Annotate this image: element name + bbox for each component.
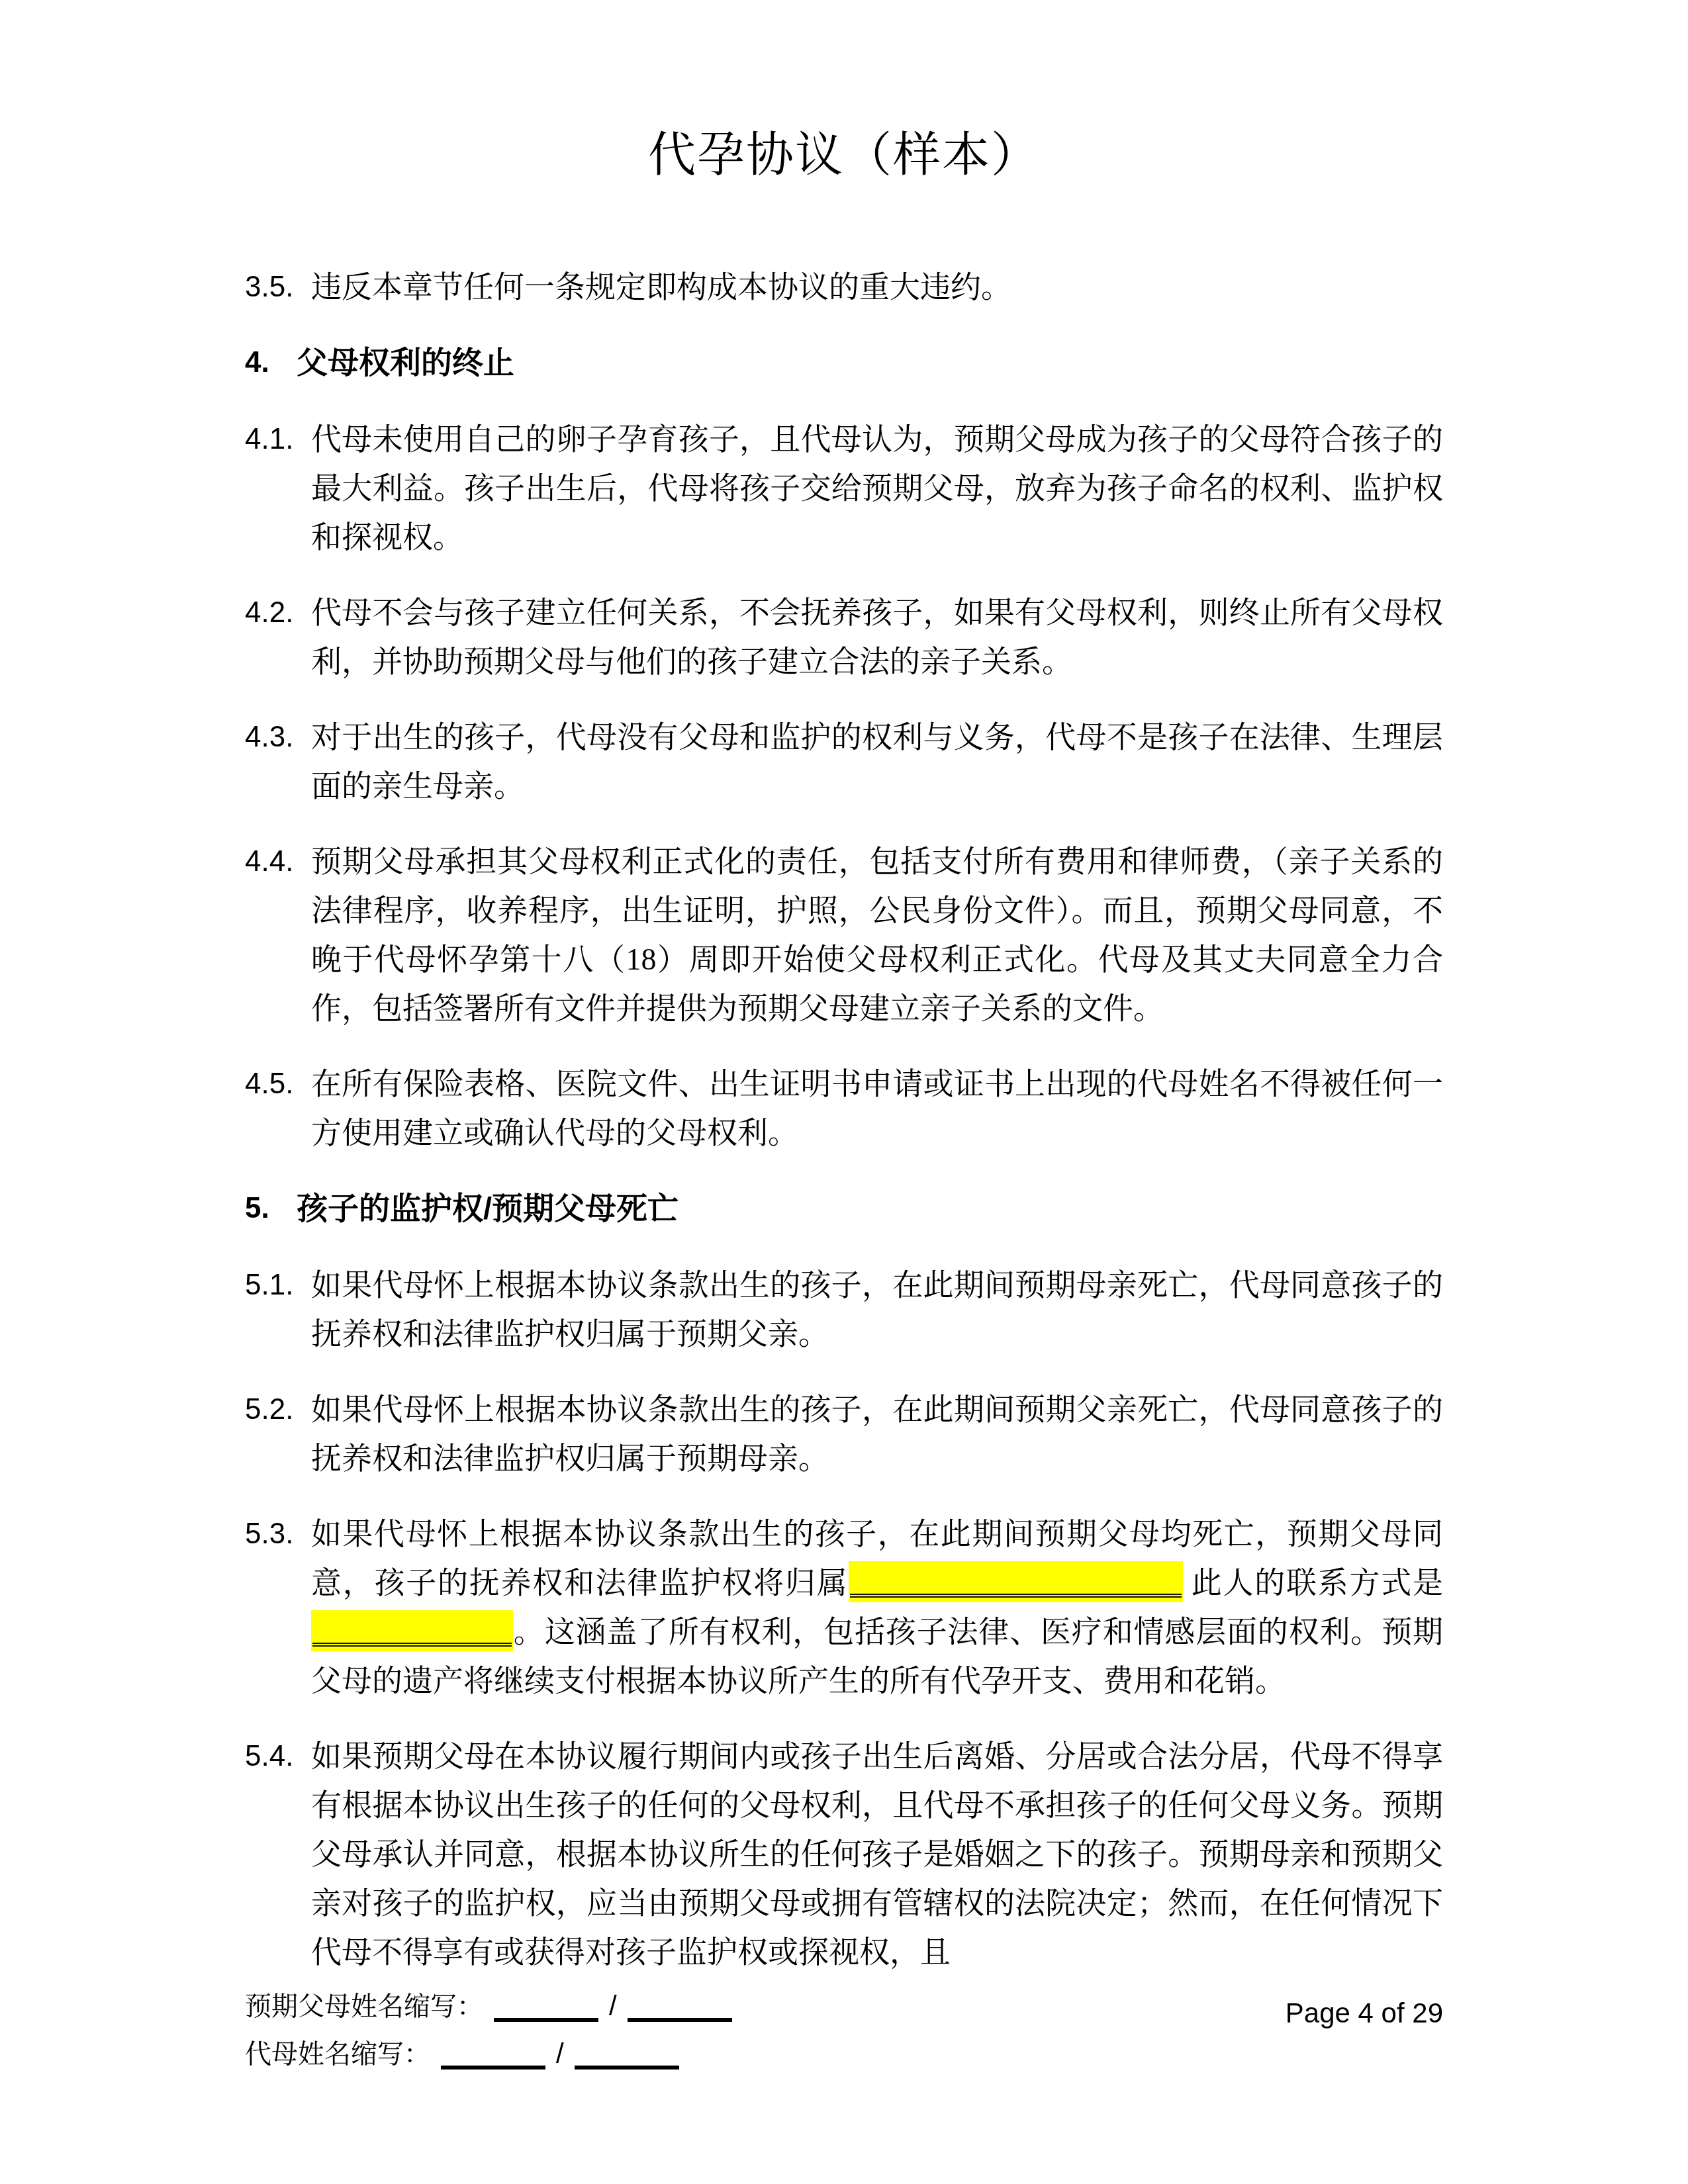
clause-5-3: 5.3. 如果代母怀上根据本协议条款出生的孩子，在此期间预期父母均死亡，预期父母… [245, 1510, 1443, 1706]
clause-text: 代母未使用自己的卵子孕育孩子，且代母认为，预期父母成为孩子的父母符合孩子的最大利… [311, 422, 1443, 554]
surrogate-initials-label: 代母姓名缩写： [245, 2039, 430, 2069]
clause-number: 4.4. [245, 837, 293, 886]
blank-underline [850, 1594, 1182, 1598]
clause-number: 5.2. [245, 1385, 293, 1434]
initials-separator: / [556, 2038, 564, 2069]
page-footer: 预期父母姓名缩写： / 代母姓名缩写： / Page 4 of 29 [245, 1985, 1443, 2081]
surrogate-initials-line: 代母姓名缩写： / [245, 2033, 1443, 2081]
section-heading-5: 5. 孩子的监护权/预期父母死亡 [245, 1184, 1443, 1233]
clause-number: 5.1. [245, 1261, 293, 1310]
intended-parents-initials-line: 预期父母姓名缩写： / [245, 1985, 1443, 2033]
document-page: 代孕协议（样本） 3.5. 违反本章节任何一条规定即构成本协议的重大违约。 4.… [0, 0, 1688, 2184]
clause-5-4: 5.4. 如果预期父母在本协议履行期间内或孩子出生后离婚、分居或合法分居，代母不… [245, 1732, 1443, 1977]
clause-text: 如果预期父母在本协议履行期间内或孩子出生后离婚、分居或合法分居，代母不得享有根据… [311, 1739, 1443, 1969]
clause-text: 在所有保险表格、医院文件、出生证明书申请或证书上出现的代母姓名不得被任何一方使用… [311, 1067, 1443, 1150]
clause-4-5: 4.5. 在所有保险表格、医院文件、出生证明书申请或证书上出现的代母姓名不得被任… [245, 1060, 1443, 1158]
page-number: Page 4 of 29 [1286, 1997, 1443, 2029]
section-number: 4. [245, 338, 269, 387]
clause-number: 4.1. [245, 415, 293, 464]
section-number: 5. [245, 1184, 269, 1233]
clause-number: 4.2. [245, 588, 293, 637]
highlighted-guardian-name-blank[interactable] [849, 1561, 1183, 1602]
clause-text: 预期父母承担其父母权利正式化的责任，包括支付所有费用和律师费，（亲子关系的法律程… [311, 844, 1443, 1025]
clause-number: 5.3. [245, 1510, 293, 1559]
clause-text-between-blanks: 此人的联系方式是 [1183, 1566, 1443, 1600]
section-heading-4: 4. 父母权利的终止 [245, 338, 1443, 387]
clause-text: 违反本章节任何一条规定即构成本协议的重大违约。 [311, 270, 1011, 304]
section-title: 孩子的监护权/预期父母死亡 [297, 1191, 679, 1226]
clause-text: 对于出生的孩子，代母没有父母和监护的权利与义务，代母不是孩子在法律、生理层面的亲… [311, 720, 1443, 803]
clause-number: 4.5. [245, 1060, 293, 1109]
surrogate-initials-blank-1[interactable] [441, 2039, 545, 2070]
clause-4-1: 4.1. 代母未使用自己的卵子孕育孩子，且代母认为，预期父母成为孩子的父母符合孩… [245, 415, 1443, 562]
clause-text: 如果代母怀上根据本协议条款出生的孩子，在此期间预期父亲死亡，代母同意孩子的抚养权… [311, 1392, 1443, 1475]
clause-text: 代母不会与孩子建立任何关系，不会抚养孩子，如果有父母权利，则终止所有父母权利，并… [311, 596, 1443, 678]
clause-number: 5.4. [245, 1732, 293, 1781]
highlighted-contact-info-blank[interactable] [311, 1610, 513, 1651]
initials-separator: / [609, 1990, 617, 2021]
clause-4-2: 4.2. 代母不会与孩子建立任何关系，不会抚养孩子，如果有父母权利，则终止所有父… [245, 588, 1443, 686]
document-title: 代孕协议（样本） [245, 116, 1443, 185]
clause-4-4: 4.4. 预期父母承担其父母权利正式化的责任，包括支付所有费用和律师费，（亲子关… [245, 837, 1443, 1033]
surrogate-initials-blank-2[interactable] [575, 2039, 679, 2070]
intended-parent-1-initials-blank[interactable] [494, 1991, 598, 2022]
clause-number: 3.5. [245, 263, 293, 312]
clause-3-5: 3.5. 违反本章节任何一条规定即构成本协议的重大违约。 [245, 263, 1443, 312]
section-title: 父母权利的终止 [297, 345, 514, 380]
clause-4-3: 4.3. 对于出生的孩子，代母没有父母和监护的权利与义务，代母不是孩子在法律、生… [245, 713, 1443, 811]
clause-5-1: 5.1. 如果代母怀上根据本协议条款出生的孩子，在此期间预期母亲死亡，代母同意孩… [245, 1261, 1443, 1359]
clause-number: 4.3. [245, 713, 293, 762]
intended-parents-initials-label: 预期父母姓名缩写： [245, 1991, 483, 2021]
clause-5-2: 5.2. 如果代母怀上根据本协议条款出生的孩子，在此期间预期父亲死亡，代母同意孩… [245, 1385, 1443, 1483]
clause-text: 如果代母怀上根据本协议条款出生的孩子，在此期间预期母亲死亡，代母同意孩子的抚养权… [311, 1268, 1443, 1351]
blank-underline [312, 1643, 512, 1647]
intended-parent-2-initials-blank[interactable] [628, 1991, 732, 2022]
